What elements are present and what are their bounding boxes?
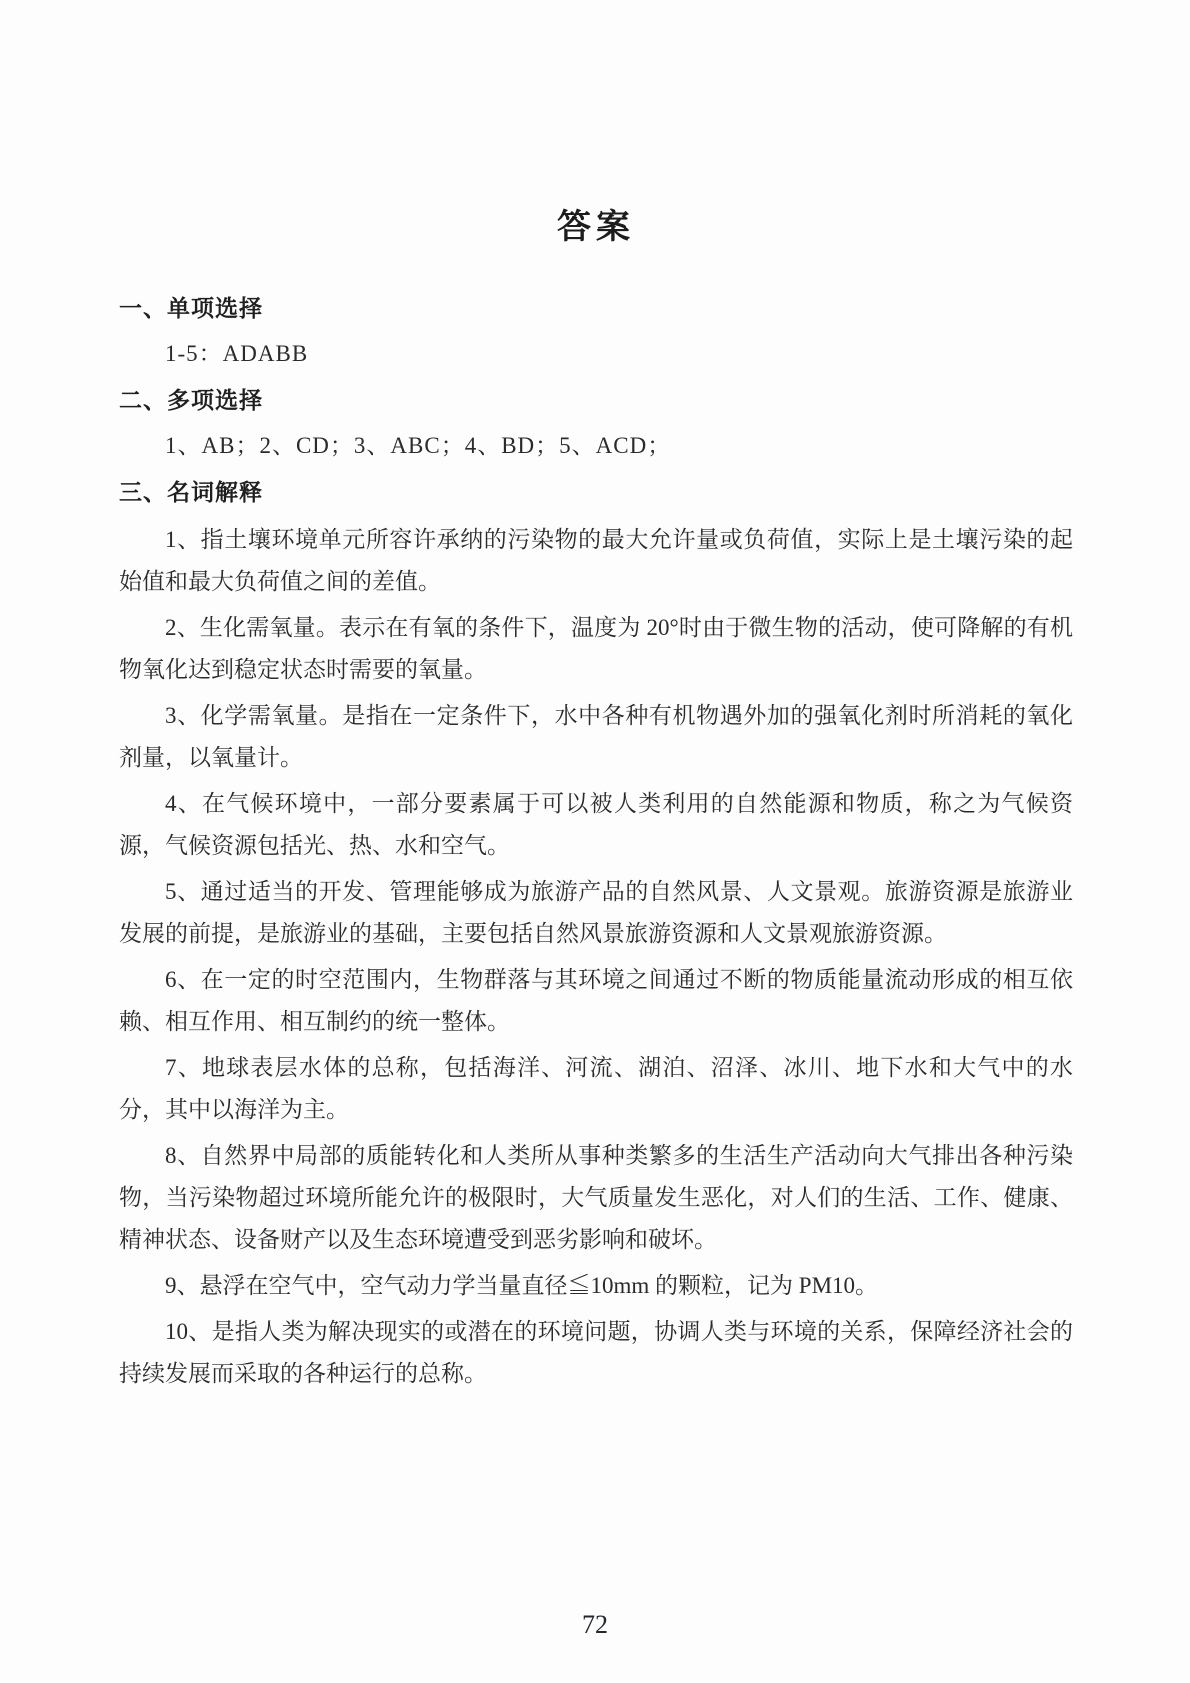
definition-item-7: 7、地球表层水体的总称，包括海洋、河流、湖泊、沼泽、冰川、地下水和大气中的水分，… (119, 1047, 1073, 1131)
definition-item-9: 9、悬浮在空气中，空气动力学当量直径≦10mm 的颗粒，记为 PM10。 (119, 1265, 1073, 1307)
section-heading-multi-choice: 二、多项选择 (119, 385, 1073, 415)
page-number: 72 (0, 1608, 1190, 1642)
multi-choice-answers: 1、AB；2、CD；3、ABC；4、BD；5、ACD； (119, 431, 1073, 461)
definition-item-3: 3、化学需氧量。是指在一定条件下，水中各种有机物遇外加的强氧化剂时所消耗的氧化剂… (119, 695, 1073, 779)
definition-item-5: 5、通过适当的开发、管理能够成为旅游产品的自然风景、人文景观。旅游资源是旅游业发… (119, 871, 1073, 955)
definition-item-2: 2、生化需氧量。表示在有氧的条件下，温度为 20°时由于微生物的活动，使可降解的… (119, 607, 1073, 691)
single-choice-answers: 1-5：ADABB (119, 339, 1073, 369)
section-heading-single-choice: 一、单项选择 (119, 293, 1073, 323)
definition-item-1: 1、指土壤环境单元所容许承纳的污染物的最大允许量或负荷值，实际上是土壤污染的起始… (119, 519, 1073, 603)
section-heading-definitions: 三、名词解释 (119, 477, 1073, 507)
document-page: 答案 一、单项选择 1-5：ADABB 二、多项选择 1、AB；2、CD；3、A… (0, 0, 1190, 1683)
definition-item-10: 10、是指人类为解决现实的或潜在的环境问题，协调人类与环境的关系，保障经济社会的… (119, 1311, 1073, 1395)
definitions-list: 1、指土壤环境单元所容许承纳的污染物的最大允许量或负荷值，实际上是土壤污染的起始… (119, 519, 1073, 1395)
definition-item-8: 8、自然界中局部的质能转化和人类所从事种类繁多的生活生产活动向大气排出各种污染物… (119, 1135, 1073, 1261)
definition-item-6: 6、在一定的时空范围内，生物群落与其环境之间通过不断的物质能量流动形成的相互依赖… (119, 959, 1073, 1043)
definition-item-4: 4、在气候环境中，一部分要素属于可以被人类利用的自然能源和物质，称之为气候资源，… (119, 783, 1073, 867)
page-title: 答案 (119, 208, 1073, 248)
